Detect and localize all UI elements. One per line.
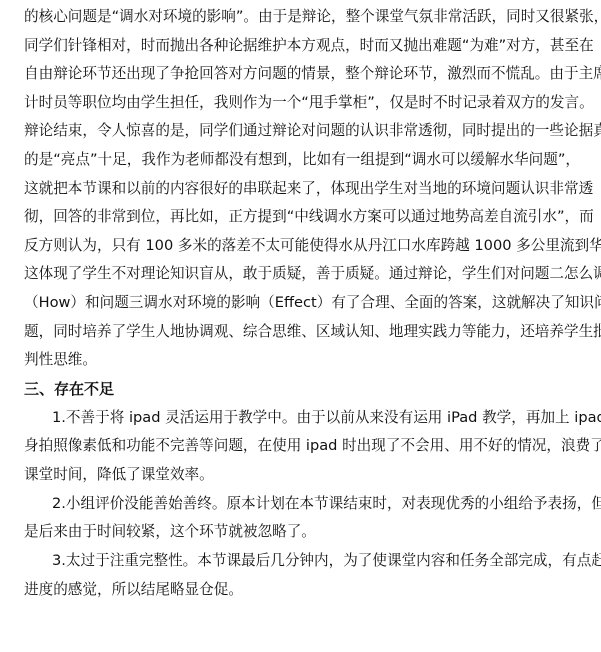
list-item-line: 进度的感觉，所以结尾略显仓促。 bbox=[24, 580, 580, 600]
document-page: 的核心问题是“调水对环境的影响”。由于是辩论，整个课堂气氛非常活跃，同时又很紧张… bbox=[0, 0, 601, 652]
text-line: 判性思维。 bbox=[24, 350, 580, 370]
text-line: 这体现了学生不对理论知识盲从，敢于质疑，善于质疑。通过辩论，学生们对问题二怎么调 bbox=[24, 264, 580, 284]
list-item-line: 2.小组评价没能善始善终。原本计划在本节课结束时，对表现优秀的小组给予表扬，但 bbox=[52, 494, 580, 514]
section-heading: 三、存在不足 bbox=[24, 379, 114, 399]
text-line: 自由辩论环节还出现了争抢回答对方问题的情景，整个辩论环节，激烈而不慌乱。由于主席… bbox=[24, 64, 580, 84]
text-line: 彻，回答的非常到位，再比如，正方提到“中线调水方案可以通过地势高差自流引水”，而 bbox=[24, 207, 580, 227]
list-item-line: 课堂时间，降低了课堂效率。 bbox=[24, 465, 580, 485]
text-line: 反方则认为，只有 100 多米的落差不太可能使得水从丹江口水库跨越 1000 多… bbox=[24, 236, 580, 256]
text-line: 同学们针锋相对，时而抛出各种论据维护本方观点，时而又抛出难题“为难”对方，甚至在 bbox=[24, 36, 580, 56]
list-item-line: 是后来由于时间较紧，这个环节就被忽略了。 bbox=[24, 522, 580, 542]
list-item-line: 身拍照像素低和功能不完善等问题，在使用 ipad 时出现了不会用、用不好的情况，… bbox=[24, 436, 580, 456]
text-line: 辩论结束，令人惊喜的是，同学们通过辩论对问题的认识非常透彻，同时提出的一些论据真 bbox=[24, 121, 580, 141]
list-item-line: 3.太过于注重完整性。本节课最后几分钟内，为了使课堂内容和任务全部完成，有点赶 bbox=[52, 551, 580, 571]
text-line: （How）和问题三调水对环境的影响（Effect）有了合理、全面的答案，这就解决… bbox=[24, 293, 580, 313]
text-line: 的是“亮点”十足，我作为老师都没有想到，比如有一组提到“调水可以缓解水华问题”， bbox=[24, 150, 580, 170]
text-line: 的核心问题是“调水对环境的影响”。由于是辩论，整个课堂气氛非常活跃，同时又很紧张… bbox=[24, 7, 580, 27]
text-line: 计时员等职位均由学生担任，我则作为一个“甩手掌柜”，仅是时不时记录着双方的发言。 bbox=[24, 93, 580, 113]
text-line: 题，同时培养了学生人地协调观、综合思维、区域认知、地理实践力等能力，还培养学生批 bbox=[24, 322, 580, 342]
list-item-line: 1.不善于将 ipad 灵活运用于教学中。由于以前从来没有运用 iPad 教学，… bbox=[52, 408, 580, 428]
text-line: 这就把本节课和以前的内容很好的串联起来了，体现出学生对当地的环境问题认识非常透 bbox=[24, 179, 580, 199]
